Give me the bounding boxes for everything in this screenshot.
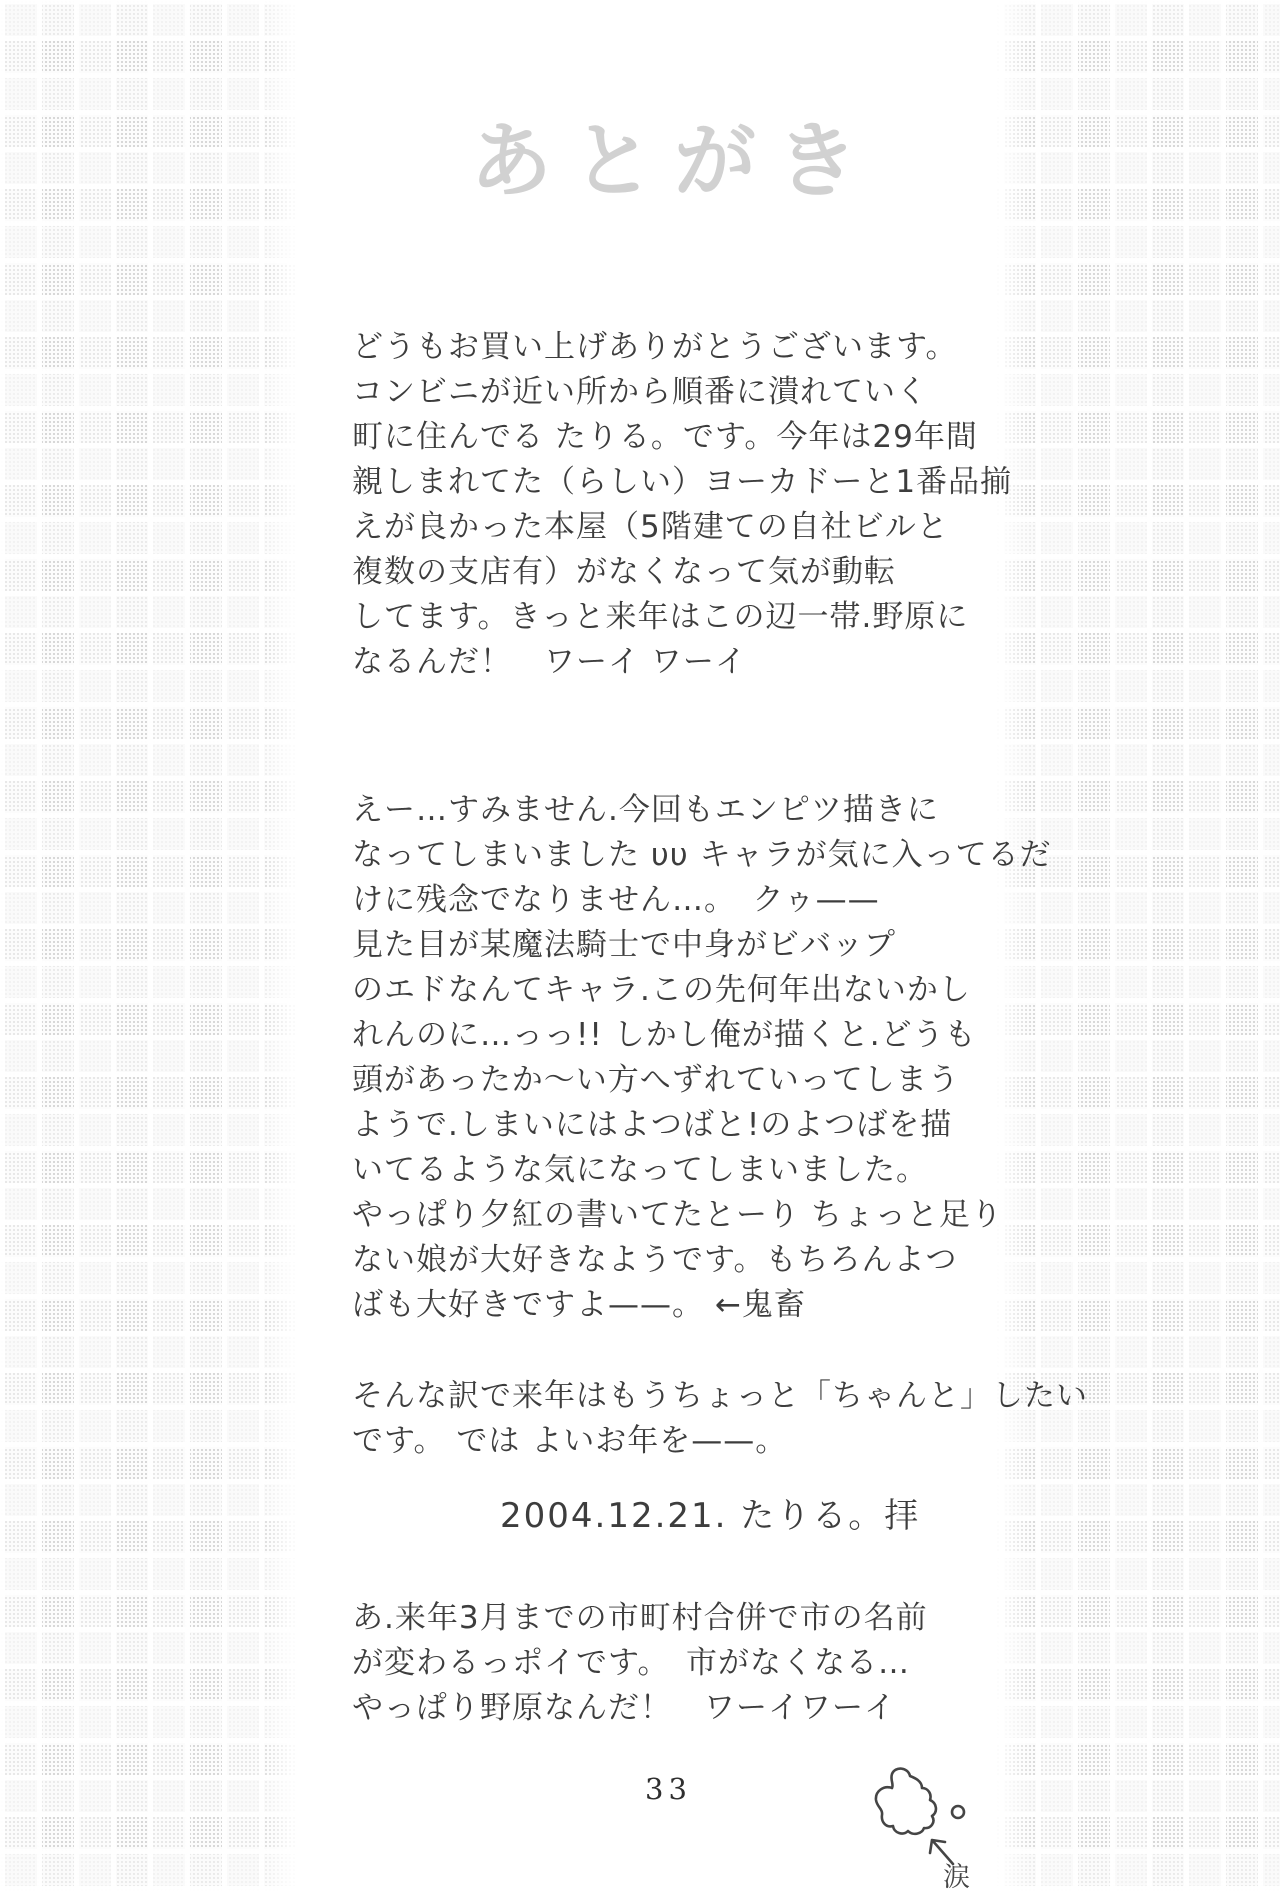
handwritten-line: ようで.しまいにはよつばと!のよつばを描 <box>352 1103 1052 1148</box>
handwritten-line: なるんだ！ ワーイ ワーイ <box>352 640 1012 685</box>
handwritten-line: そんな訳で来年はもうちょっと「ちゃんと」したい <box>352 1374 1088 1419</box>
handwritten-line: いてるような気になってしまいました。 <box>352 1148 1052 1193</box>
tear-blob-icon <box>876 1769 964 1864</box>
handwritten-line: やっぱり野原なんだ！ ワーイワーイ <box>352 1686 928 1731</box>
handwritten-line: けに残念でなりません…。 クゥ—— <box>352 878 1052 923</box>
handwritten-line: 頭があったか〜い方へずれていってしまう <box>352 1058 1052 1103</box>
handwritten-line: ばも大好きですよ——。 ←鬼畜 <box>352 1283 1052 1328</box>
handwritten-line: コンビニが近い所から順番に潰れていく <box>352 370 1012 415</box>
afterword-paragraph-2: えー…すみません.今回もエンピツ描きになってしまいました υυ キャラが気に入っ… <box>352 788 1052 1328</box>
handwritten-line: ない娘が大好きなようです。もちろんよつ <box>352 1238 1052 1283</box>
handwritten-line: が変わるっポイです。 市がなくなる… <box>352 1641 928 1686</box>
handwritten-line: えが良かった本屋（5階建ての自社ビルと <box>352 505 1012 550</box>
handwritten-line: 複数の支店有）がなくなって気が動転 <box>352 550 1012 595</box>
handwritten-line: どうもお買い上げありがとうございます。 <box>352 325 1012 370</box>
handwritten-line: あ.来年3月までの市町村合併で市の名前 <box>352 1596 928 1641</box>
handwritten-line: 町に住んでる たりる。です。今年は29年間 <box>352 415 1012 460</box>
handwritten-line: えー…すみません.今回もエンピツ描きに <box>352 788 1052 833</box>
handwritten-line: やっぱり夕紅の書いてたとーり ちょっと足り <box>352 1193 1052 1238</box>
afterword-closing: そんな訳で来年はもうちょっと「ちゃんと」したいです。 では よいお年を——。 <box>352 1374 1088 1464</box>
handwritten-line: してます。きっと来年はこの辺一帯.野原に <box>352 595 1012 640</box>
arrow-up-left-icon <box>930 1840 953 1864</box>
tears-kanji-label: 涙 <box>943 1862 970 1891</box>
handwritten-line: のエドなんてキャラ.この先何年出ないかし <box>352 968 1052 1013</box>
handwritten-line: なってしまいました υυ キャラが気に入ってるだ <box>352 833 1052 878</box>
tear-blob-doodle: 涙 <box>855 1760 995 1891</box>
afterword-paragraph-1: どうもお買い上げありがとうございます。コンビニが近い所から順番に潰れていく町に住… <box>352 325 1012 685</box>
page-title: あとがき <box>470 96 990 213</box>
page-number: 33 <box>645 1772 692 1806</box>
handwritten-line: 親しまれてた（らしい）ヨーカドーと1番品揃 <box>352 460 1012 505</box>
handwritten-line: です。 では よいお年を——。 <box>352 1419 1088 1464</box>
handwritten-line: 見た目が某魔法騎士で中身がビバップ <box>352 923 1052 968</box>
date-signature: 2004.12.21. たりる。拝 <box>500 1488 920 1537</box>
handwritten-line: れんのに…っっ!! しかし俺が描くと.どうも <box>352 1013 1052 1058</box>
afterword-postscript: あ.来年3月までの市町村合併で市の名前が変わるっポイです。 市がなくなる…やっぱ… <box>352 1596 928 1731</box>
